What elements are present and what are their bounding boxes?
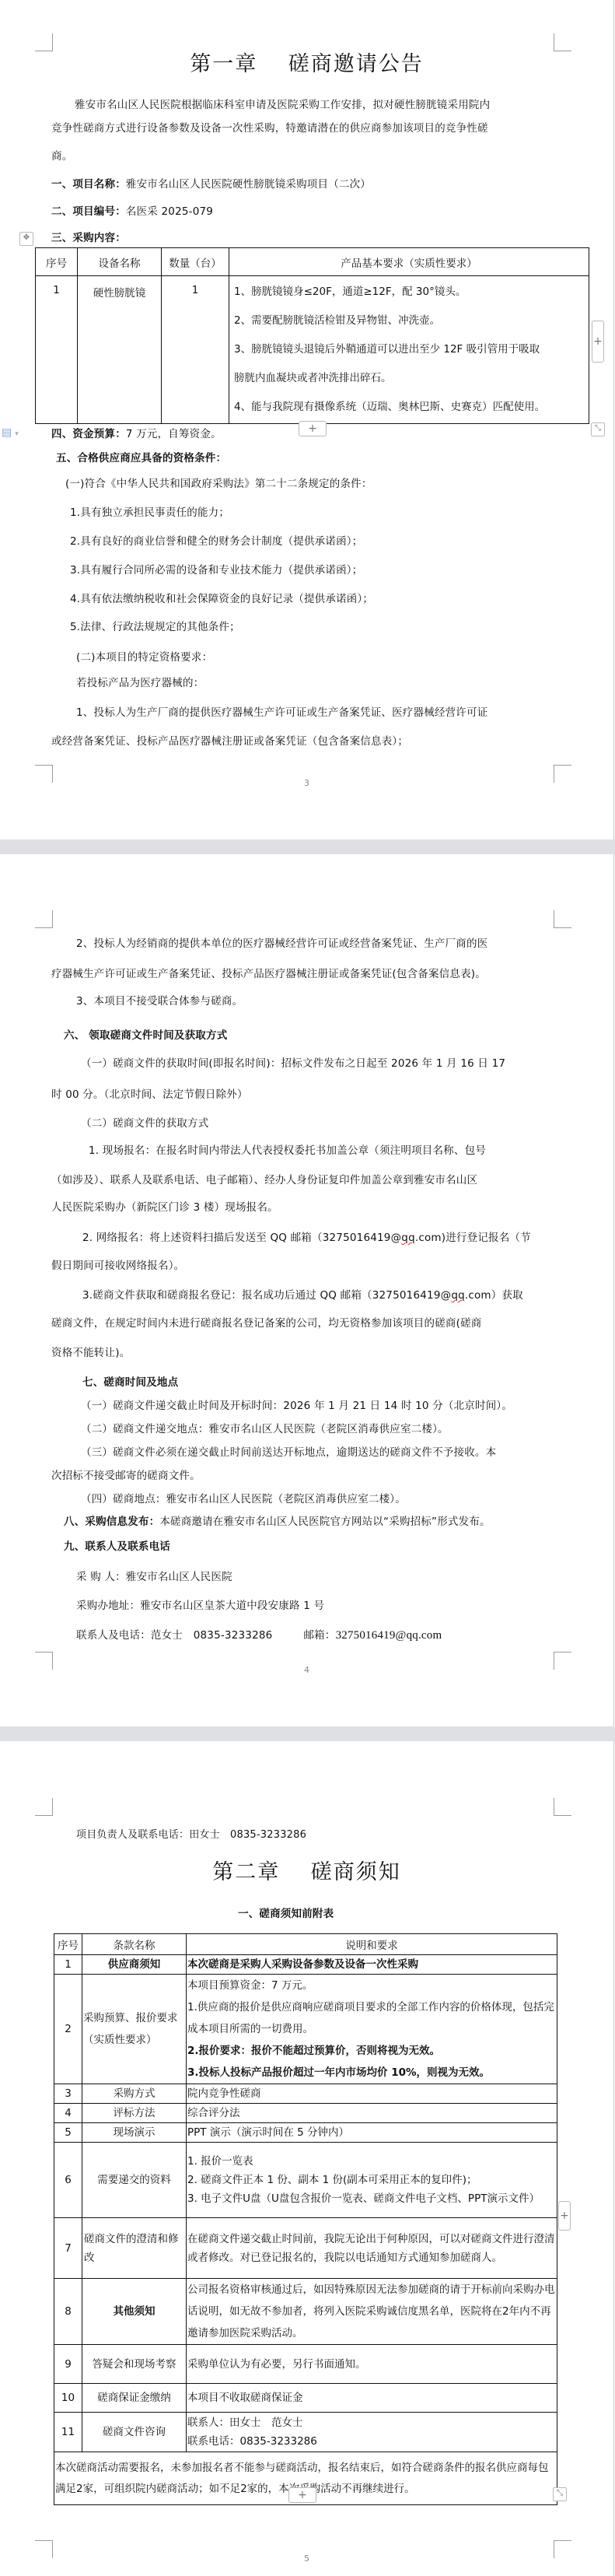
cell-no: 3 bbox=[54, 2084, 82, 2104]
table-row: 10 磋商保证金缴纳 本项目不收取磋商保证金 bbox=[54, 2384, 557, 2413]
table-row: 4 评标方法 综合评分法 bbox=[54, 2104, 557, 2123]
col-header: 设备名称 bbox=[78, 248, 162, 276]
project-number-value: 名医采 2025-079 bbox=[126, 205, 213, 218]
s6-register: 3.磋商文件获取和磋商报名登记：报名成功后通过 QQ 邮箱（3275016419… bbox=[82, 1288, 523, 1302]
margin-mark bbox=[554, 33, 571, 51]
cell-name: 磋商文件咨询 bbox=[82, 2413, 187, 2452]
page-number: 4 bbox=[0, 1665, 613, 1675]
add-column-button[interactable]: + bbox=[558, 2201, 571, 2231]
cell-name: 现场演示 bbox=[82, 2123, 187, 2143]
margin-mark bbox=[554, 910, 571, 928]
table-row: 1 硬性膀胱镜 1 1、膀胱镜镜身≤20F，通道≥12F，配 30°镜头。 2、… bbox=[36, 276, 589, 424]
desc-line: 本项目预算资金：7 万元。 bbox=[187, 1975, 556, 1996]
cell-desc: 本项目预算资金：7 万元。 1.供应商的报价是供应商响应磋商项目要求的全部工作内… bbox=[187, 1975, 557, 2084]
add-row-button[interactable]: + bbox=[288, 2487, 316, 2503]
budget-value: 7 万元，自筹资金。 bbox=[126, 428, 222, 440]
budget-label: 四、资金预算： bbox=[51, 428, 126, 440]
cell-no: 6 bbox=[54, 2143, 82, 2218]
page-number: 5 bbox=[0, 2553, 613, 2564]
table-row: 5 现场演示 PPT 演示（演示时间在 5 分钟内） bbox=[54, 2123, 557, 2143]
s6-online: 2. 网络报名：将上述资料扫描后发送至 QQ 邮箱（3275016419@qq.… bbox=[82, 1231, 531, 1245]
cell-no: 10 bbox=[54, 2384, 82, 2413]
s6-online-text: .com)进行登记报名（节 bbox=[415, 1232, 531, 1244]
desc-line: 2.报价要求：报价不能超过预算价，否则将视为无效。 bbox=[187, 2040, 556, 2062]
document-icon[interactable]: ▤▾ bbox=[2, 426, 19, 439]
requirement-line: 1、膀胱镜镜身≤20F，通道≥12F，配 30°镜头。 bbox=[234, 278, 584, 307]
cell-desc: PPT 演示（演示时间在 5 分钟内） bbox=[187, 2123, 557, 2143]
section8-value: 本磋商邀请在雅安市名山区人民医院官方网站以“采购招标”形式发布。 bbox=[159, 1516, 490, 1528]
cell-name: 采购方式 bbox=[82, 2084, 187, 2104]
chapter2-title: 第二章 磋商须知 bbox=[0, 1859, 613, 1886]
email-label: 邮箱： bbox=[303, 1629, 335, 1642]
table-resize-icon[interactable]: ⤡ bbox=[591, 422, 605, 436]
cell-no: 4 bbox=[54, 2104, 82, 2123]
project-name-label: 一、项目名称： bbox=[51, 178, 126, 191]
cell-name: 磋商保证金缴纳 bbox=[82, 2384, 187, 2413]
table-row: 9 答疑会和现场考察 采购单位认为有必要，另行书面通知。 bbox=[54, 2345, 557, 2384]
cell-name: 采购预算、报价要求（实质性要求） bbox=[82, 1975, 187, 2084]
s6-register-text: .com）获取 bbox=[465, 1289, 523, 1302]
section9-title: 九、联系人及联系电话 bbox=[64, 1540, 170, 1554]
terms-table: 序号 条款名称 说明和要求 1 供应商须知 本次磋商是采购人采购设备参数及设备一… bbox=[54, 1933, 557, 2505]
s7-item: （二）磋商文件递交地点：雅安市名山区人民医院（老院区消毒供应室二楼）。 bbox=[81, 1422, 449, 1436]
table-move-handle-icon[interactable]: ✥ bbox=[19, 232, 33, 246]
cell-name: 评标方法 bbox=[82, 2104, 187, 2123]
table-header-row: 序号 设备名称 数量（台） 产品基本要求（实质性要求） bbox=[36, 248, 589, 276]
cell-no: 9 bbox=[54, 2345, 82, 2384]
cell-no: 8 bbox=[54, 2279, 82, 2345]
qual-medical-2-line: 2、投标人为经销商的提供本单位的医疗器械经营许可证或经营备案凭证、生产厂商的医 bbox=[76, 937, 487, 951]
project-name-value: 雅安市名山区人民医院硬性膀胱镜采购项目（二次） bbox=[126, 178, 371, 191]
requirement-line: 4、能与我院现有摄像系统（迈瑞、奥林巴斯、史赛克）匹配使用。 bbox=[234, 393, 584, 422]
desc-line: 3. 电子文件U盘（U盘包含报价一览表、磋商文件电子文档、PPT演示文件） bbox=[187, 2189, 556, 2208]
project-number-label: 二、项目编号： bbox=[51, 205, 126, 218]
table-row: 7 磋商文件的澄清和修改 在磋商文件递交截止时间前，我院无论出于何种原因，可以对… bbox=[54, 2218, 557, 2279]
col-header: 条款名称 bbox=[82, 1934, 187, 1955]
margin-mark bbox=[35, 33, 53, 51]
col-header: 序号 bbox=[54, 1934, 82, 1955]
s6-online-line2: 假日期间可接收网络报名）。 bbox=[51, 1259, 184, 1273]
document-page-3: 第一章 磋商邀请公告 雅安市名山区人民医院根据临床科室申请及医院采购工作安排，拟… bbox=[0, 0, 614, 839]
cell-no: 7 bbox=[54, 2218, 82, 2279]
qual-medical-2-line: 疗器械生产许可证或生产备案凭证、投标产品医疗器械注册证或备案凭证(包含备案信息表… bbox=[51, 967, 486, 981]
intro-line: 雅安市名山区人民医院根据临床科室申请及医院采购工作安排，拟对硬性膀胱镜采用院内 bbox=[75, 98, 490, 112]
qual-item: 5.法律、行政法规规定的其他条件； bbox=[70, 620, 240, 634]
cell-desc: 联系人：田女士 范女士 联系电话：0835-3233286 bbox=[187, 2413, 557, 2452]
purchase-office-address: 采购办地址：雅安市名山区皇茶大道中段安康路 1 号 bbox=[76, 1599, 324, 1613]
procurement-content-label: 三、采购内容： bbox=[51, 231, 126, 245]
cell-name: 供应商须知 bbox=[82, 1955, 187, 1975]
cell-desc: 1. 报价一览表 2. 磋商文件正本 1 份、副本 1 份(副本可采用正本的复印… bbox=[187, 2143, 557, 2218]
cell-name: 硬性膀胱镜 bbox=[78, 276, 162, 424]
s6-register-line: 资格不能转让)。 bbox=[51, 1346, 130, 1360]
cell-name: 答疑会和现场考察 bbox=[82, 2345, 187, 2384]
qual-item: 3.具有履行合同所必需的设备和专业技术能力（提供承诺函）； bbox=[70, 563, 362, 577]
qual-specific: (二)本项目的特定资格要求： bbox=[76, 650, 212, 664]
s6-register-line: 磋商文件，在规定时间内未进行磋商报名登记备案的公司，均无资格参加该项目的磋商(磋… bbox=[51, 1316, 481, 1330]
procurement-table: 序号 设备名称 数量（台） 产品基本要求（实质性要求） 1 硬性膀胱镜 1 1、… bbox=[35, 247, 589, 424]
table-row: 11 磋商文件咨询 联系人：田女士 范女士 联系电话：0835-3233286 bbox=[54, 2413, 557, 2452]
qual-item: 1.具有独立承担民事责任的能力； bbox=[70, 506, 229, 520]
project-contact: 项目负责人及联系电话：田女士 0835-3233286 bbox=[76, 1828, 306, 1842]
chapter1-title: 第一章 磋商邀请公告 bbox=[0, 51, 613, 78]
margin-mark bbox=[35, 910, 53, 928]
s6-time-line: （一）磋商文件的获取时间(即报名时间)：招标文件发布之日起至 2026 年 1 … bbox=[81, 1057, 505, 1071]
desc-line: 联系电话：0835-3233286 bbox=[187, 2432, 556, 2451]
s6-onsite-line: （如涉及）、联系人及联系电话、电子邮箱）、经办人身份证复印件加盖公章到雅安市名山… bbox=[51, 1173, 477, 1187]
cell-name: 需要递交的资料 bbox=[82, 2143, 187, 2218]
cell-no: 1 bbox=[36, 276, 78, 424]
s7-item3-line2: 次招标不接受邮寄的磋商文件。 bbox=[51, 1469, 201, 1483]
qual-medical: 若投标产品为医疗器械的： bbox=[76, 676, 204, 690]
desc-line: 3.投标人投标产品报价超过一年内市场均价 10%，则视为无效。 bbox=[187, 2062, 556, 2084]
section7-title: 七、磋商时间及地点 bbox=[82, 1376, 178, 1390]
qualification-heading: 五、合格供应商应具备的资格条件： bbox=[56, 451, 226, 465]
cell-no: 11 bbox=[54, 2413, 82, 2452]
document-page-4: 2、投标人为经销商的提供本单位的医疗器械经营许可证或经营备案凭证、生产厂商的医 … bbox=[0, 854, 614, 1726]
s6-onsite-line: 1. 现场报名：在报名时间内带法人代表授权委托书加盖公章（须注明项目名称、包号 bbox=[89, 1144, 486, 1158]
cell-no: 5 bbox=[54, 2123, 82, 2143]
cell-desc: 采购单位认为有必要，另行书面通知。 bbox=[187, 2345, 557, 2384]
margin-mark bbox=[554, 1798, 571, 1816]
table-row: 1 供应商须知 本次磋商是采购人采购设备参数及设备一次性采购 bbox=[54, 1955, 557, 1975]
qual-general: (一)符合《中华人民共和国政府采购法》第二十二条规定的条件： bbox=[65, 477, 372, 491]
spellcheck-word: qq bbox=[401, 1232, 415, 1244]
email-value[interactable]: 3275016419@qq.com bbox=[336, 1629, 442, 1642]
col-header: 序号 bbox=[36, 248, 78, 276]
add-column-button[interactable]: + bbox=[592, 321, 604, 363]
intro-line: 商。 bbox=[51, 149, 72, 163]
qual-item: 4.具有依法缴纳税收和社会保障资金的良好记录（提供承诺函）； bbox=[70, 592, 373, 606]
section8-label: 八、采购信息发布： bbox=[64, 1516, 159, 1528]
qual-medical-3: 3、本项目不接受联合体参与磋商。 bbox=[76, 994, 243, 1008]
col-header: 数量（台） bbox=[162, 248, 229, 276]
s6-method: （二）磋商文件的获取方式 bbox=[81, 1116, 208, 1130]
cell-name: 磋商文件的澄清和修改 bbox=[82, 2218, 187, 2279]
page-gap bbox=[0, 839, 615, 854]
s7-item4: （四）磋商地点：雅安市名山区人民医院（老院区消毒供应室二楼）。 bbox=[81, 1492, 406, 1506]
cell-no: 2 bbox=[54, 1975, 82, 2084]
section6-title: 六、 领取磋商文件时间及获取方式 bbox=[64, 1029, 227, 1043]
requirement-line: 3、膀胱镜镜头退镜后外鞘通道可以进出至少 12F 吸引管用于吸取 bbox=[234, 335, 584, 364]
desc-line: 2. 磋商文件正本 1 份、副本 1 份(副本可采用正本的复印件)； bbox=[187, 2171, 556, 2189]
table-row: 8 其他须知 公司报名资格审核通过后，如因特殊原因无法参加磋商的请于开标前向采购… bbox=[54, 2279, 557, 2345]
s6-online-text: 2. 网络报名：将上述资料扫描后发送至 QQ 邮箱（3275016419@ bbox=[82, 1232, 401, 1244]
requirement-line: 膀胱内血凝块或者冲洗排出碎石。 bbox=[234, 364, 584, 393]
desc-line: 1. 报价一览表 bbox=[187, 2152, 556, 2171]
qual-item: 2.具有良好的商业信誉和健全的财务会计制度（提供承诺函）； bbox=[70, 534, 362, 548]
page-gap bbox=[0, 1726, 615, 1741]
project-name: 一、项目名称：雅安市名山区人民医院硬性膀胱镜采购项目（二次） bbox=[51, 177, 371, 191]
s6-onsite-line: 人民医院采购办（新院区门诊 3 楼）现场报名。 bbox=[51, 1200, 278, 1214]
section8: 八、采购信息发布：本磋商邀请在雅安市名山区人民医院官方网站以“采购招标”形式发布… bbox=[64, 1515, 491, 1529]
col-header: 说明和要求 bbox=[187, 1934, 557, 1955]
qual-medical-1-line: 1、投标人为生产厂商的提供医疗器械生产许可证或生产备案凭证、医疗器械经营许可证 bbox=[76, 706, 487, 720]
table-subtitle: 一、磋商须知前附表 bbox=[238, 1907, 334, 1921]
cell-desc: 院内竞争性磋商 bbox=[187, 2084, 557, 2104]
purchaser: 采 购 人：雅安市名山区人民医院 bbox=[76, 1570, 232, 1584]
doc-icon: ▤ bbox=[2, 426, 12, 439]
desc-line: 联系人：田女士 范女士 bbox=[187, 2413, 556, 2432]
table-row: 2 采购预算、报价要求（实质性要求） 本项目预算资金：7 万元。 1.供应商的报… bbox=[54, 1975, 557, 2084]
table-row: 6 需要递交的资料 1. 报价一览表 2. 磋商文件正本 1 份、副本 1 份(… bbox=[54, 2143, 557, 2218]
cell-requirements: 1、膀胱镜镜身≤20F，通道≥12F，配 30°镜头。 2、需要配膀胱镜活检钳及… bbox=[229, 276, 589, 424]
cell-name: 其他须知 bbox=[82, 2279, 187, 2345]
spellcheck-word: qq bbox=[451, 1289, 465, 1302]
table-header-row: 序号 条款名称 说明和要求 bbox=[54, 1934, 557, 1955]
table-row: 3 采购方式 院内竞争性磋商 bbox=[54, 2084, 557, 2104]
cell-qty: 1 bbox=[162, 276, 229, 424]
contact-person-phone: 联系人及电话：范女士 0835-3233286 bbox=[76, 1629, 272, 1642]
intro-line: 竞争性磋商方式进行设备参数及设备一次性采购，特邀请潜在的供应商参加该项目的竞争性… bbox=[51, 121, 488, 135]
contact-line: 联系人及电话：范女士 0835-3233286邮箱：3275016419@qq.… bbox=[76, 1628, 442, 1642]
desc-line: 1.供应商的报价是供应商响应磋商项目要求的全部工作内容的价格体现，包括完成本项目… bbox=[187, 1996, 556, 2040]
s7-item: （一）磋商文件递交截止时间及开标时间：2026 年 1 月 21 日 14 时 … bbox=[81, 1399, 512, 1413]
s6-time-line: 时 00 分。（北京时间、法定节假日除外） bbox=[51, 1088, 248, 1102]
cell-desc: 在磋商文件递交截止时间前，我院无论出于何种原因，可以对磋商文件进行澄清或者修改。… bbox=[187, 2218, 557, 2279]
s7-item: （三）磋商文件必须在递交截止时间前送达开标地点，逾期送达的磋商文件不予接收。本 bbox=[81, 1446, 496, 1460]
cell-desc: 综合评分法 bbox=[187, 2104, 557, 2123]
table-resize-icon[interactable]: ⤡ bbox=[553, 2487, 567, 2501]
budget: 四、资金预算：7 万元，自筹资金。 bbox=[51, 427, 222, 441]
col-header: 产品基本要求（实质性要求） bbox=[229, 248, 589, 276]
document-page-5: 项目负责人及联系电话：田女士 0835-3233286 第二章 磋商须知 一、磋… bbox=[0, 1741, 614, 2576]
s6-register-text: 3.磋商文件获取和磋商报名登记：报名成功后通过 QQ 邮箱（3275016419… bbox=[82, 1289, 451, 1302]
project-number: 二、项目编号：名医采 2025-079 bbox=[51, 205, 213, 219]
page-number: 3 bbox=[0, 778, 613, 788]
cell-no: 1 bbox=[54, 1955, 82, 1975]
add-row-button[interactable]: + bbox=[299, 421, 327, 436]
margin-mark bbox=[35, 1798, 53, 1816]
cell-desc: 公司报名资格审核通过后，如因特殊原因无法参加磋商的请于开标前向采购办电话说明，如… bbox=[187, 2279, 557, 2345]
chevron-down-icon: ▾ bbox=[15, 430, 19, 438]
requirement-line: 2、需要配膀胱镜活检钳及异物钳、冲洗壶。 bbox=[234, 307, 584, 335]
cell-desc: 本次磋商是采购人采购设备参数及设备一次性采购 bbox=[187, 1955, 557, 1975]
qual-medical-1-line: 或经营备案凭证、投标产品医疗器械注册证或备案凭证（包含备案信息表）； bbox=[51, 734, 408, 748]
cell-desc: 本项目不收取磋商保证金 bbox=[187, 2384, 557, 2413]
